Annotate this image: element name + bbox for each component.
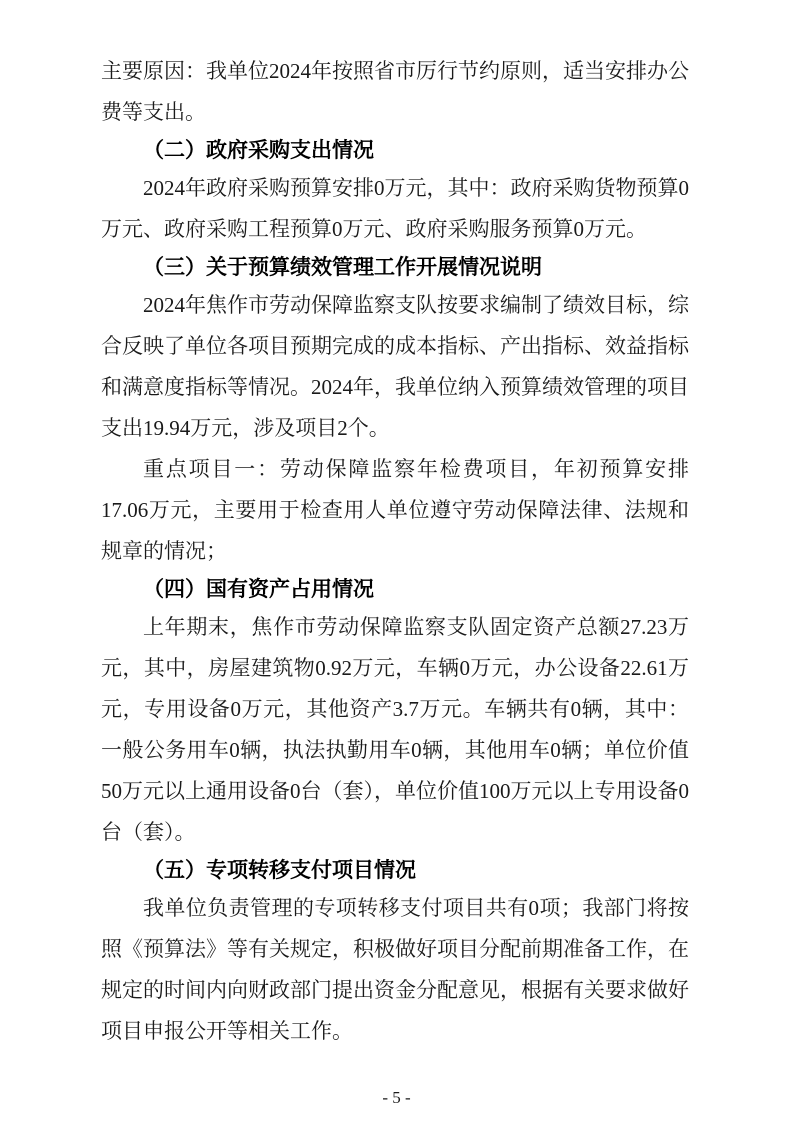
section-heading: （二）政府采购支出情况 [101, 133, 689, 168]
section-heading: （五）专项转移支付项目情况 [101, 853, 689, 888]
document-body: 主要原因：我单位2024年按照省市厉行节约原则，适当安排办公费等支出。（二）政府… [101, 51, 689, 1052]
body-paragraph: 2024年政府采购预算安排0万元，其中：政府采购货物预算0万元、政府采购工程预算… [101, 168, 689, 250]
body-paragraph: 2024年焦作市劳动保障监察支队按要求编制了绩效目标，综合反映了单位各项目预期完… [101, 285, 689, 449]
page-number: - 5 - [0, 1087, 793, 1109]
body-paragraph: 我单位负责管理的专项转移支付项目共有0项；我部门将按照《预算法》等有关规定，积极… [101, 888, 689, 1052]
body-paragraph: 重点项目一：劳动保障监察年检费项目，年初预算安排17.06万元，主要用于检查用人… [101, 449, 689, 572]
section-heading: （三）关于预算绩效管理工作开展情况说明 [101, 250, 689, 285]
body-paragraph: 上年期末，焦作市劳动保障监察支队固定资产总额27.23万元，其中，房屋建筑物0.… [101, 607, 689, 853]
section-heading: （四）国有资产占用情况 [101, 572, 689, 607]
body-paragraph: 主要原因：我单位2024年按照省市厉行节约原则，适当安排办公费等支出。 [101, 51, 689, 133]
document-page: 主要原因：我单位2024年按照省市厉行节约原则，适当安排办公费等支出。（二）政府… [0, 0, 793, 1122]
